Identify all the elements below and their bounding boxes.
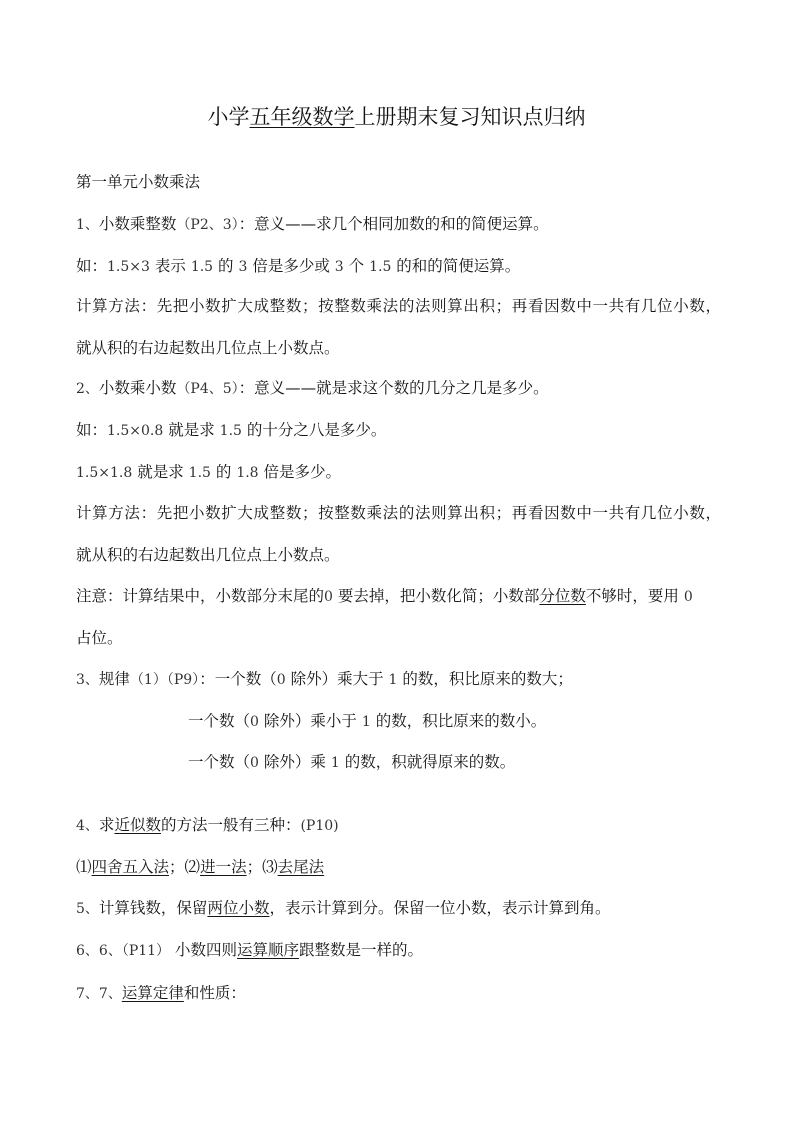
item-2-example-1: 如：1.5×0.8 就是求 1.5 的十分之八是多少。 bbox=[76, 419, 386, 442]
item-1-method-line-2: 就从积的右边起数出几位点上小数点。 bbox=[76, 337, 340, 359]
item-3: 3、规律（1）（P9）：一个数（0 除外）乘大于 1 的数，积比原来的数大； bbox=[76, 668, 573, 691]
unit-heading: 第一单元小数乘法 bbox=[76, 171, 200, 193]
item-2-method-line-1: 计算方法：先把小数扩大成整数；按整数乘法的法则算出积；再看因数中一共有几位小数， bbox=[76, 502, 721, 524]
item-2-method-line-2: 就从积的右边起数出几位点上小数点。 bbox=[76, 544, 340, 566]
method-rounding: 四舍五入法 bbox=[92, 858, 170, 876]
item-4: 4、求近似数的方法一般有三种：(P10) bbox=[76, 814, 339, 837]
item-7: 7、7、运算定律和性质： bbox=[76, 982, 246, 1005]
note-line-1: 注意：计算结果中，小数部分末尾的0 要去掉，把小数化简；小数部分位数不够时，要用… bbox=[76, 585, 693, 608]
item-6: 6、6、（P11） 小数四则运算顺序跟整数是一样的。 bbox=[76, 939, 423, 962]
underlined-term: 分位数 bbox=[539, 587, 586, 605]
item-4-methods: ⑴四舍五入法；⑵进一法；⑶去尾法 bbox=[76, 856, 324, 878]
document-page: 小学五年级数学上册期末复习知识点归纳 第一单元小数乘法 1、小数乘整数（P2、3… bbox=[0, 0, 793, 1122]
item-1-example: 如：1.5×3 表示 1.5 的 3 倍是多少或 3 个 1.5 的和的简便运算… bbox=[76, 255, 520, 278]
note-line-2: 占位。 bbox=[76, 627, 123, 649]
underlined-term: 近似数 bbox=[114, 816, 161, 834]
item-5: 5、计算钱数，保留两位小数，表示计算到分。保留一位小数，表示计算到角。 bbox=[76, 897, 610, 920]
document-title: 小学五年级数学上册期末复习知识点归纳 bbox=[0, 103, 793, 131]
title-part-1: 小学 bbox=[208, 105, 250, 129]
underlined-term: 两位小数 bbox=[207, 899, 269, 917]
title-part-3: 上册期末复习知识点归纳 bbox=[355, 105, 586, 129]
method-truncate: 去尾法 bbox=[278, 858, 325, 876]
title-part-2-underlined: 五年级数学 bbox=[250, 105, 355, 129]
item-3-rule-3: 一个数（0 除外）乘 1 的数，积就得原来的数。 bbox=[188, 751, 515, 774]
item-2-example-2: 1.5×1.8 就是求 1.5 的 1.8 倍是多少。 bbox=[76, 461, 341, 484]
underlined-term: 运算顺序 bbox=[237, 941, 299, 959]
underlined-term: 运算定律 bbox=[122, 984, 184, 1002]
item-3-rule-2: 一个数（0 除外）乘小于 1 的数，积比原来的数小。 bbox=[188, 710, 546, 733]
item-1-method-line-1: 计算方法：先把小数扩大成整数；按整数乘法的法则算出积；再看因数中一共有几位小数， bbox=[76, 295, 721, 317]
method-round-up: 进一法 bbox=[200, 858, 247, 876]
item-1: 1、小数乘整数（P2、3）：意义——求几个相同加数的和的简便运算。 bbox=[76, 213, 549, 236]
item-2: 2、小数乘小数（P4、5）：意义——就是求这个数的几分之几是多少。 bbox=[76, 377, 549, 400]
